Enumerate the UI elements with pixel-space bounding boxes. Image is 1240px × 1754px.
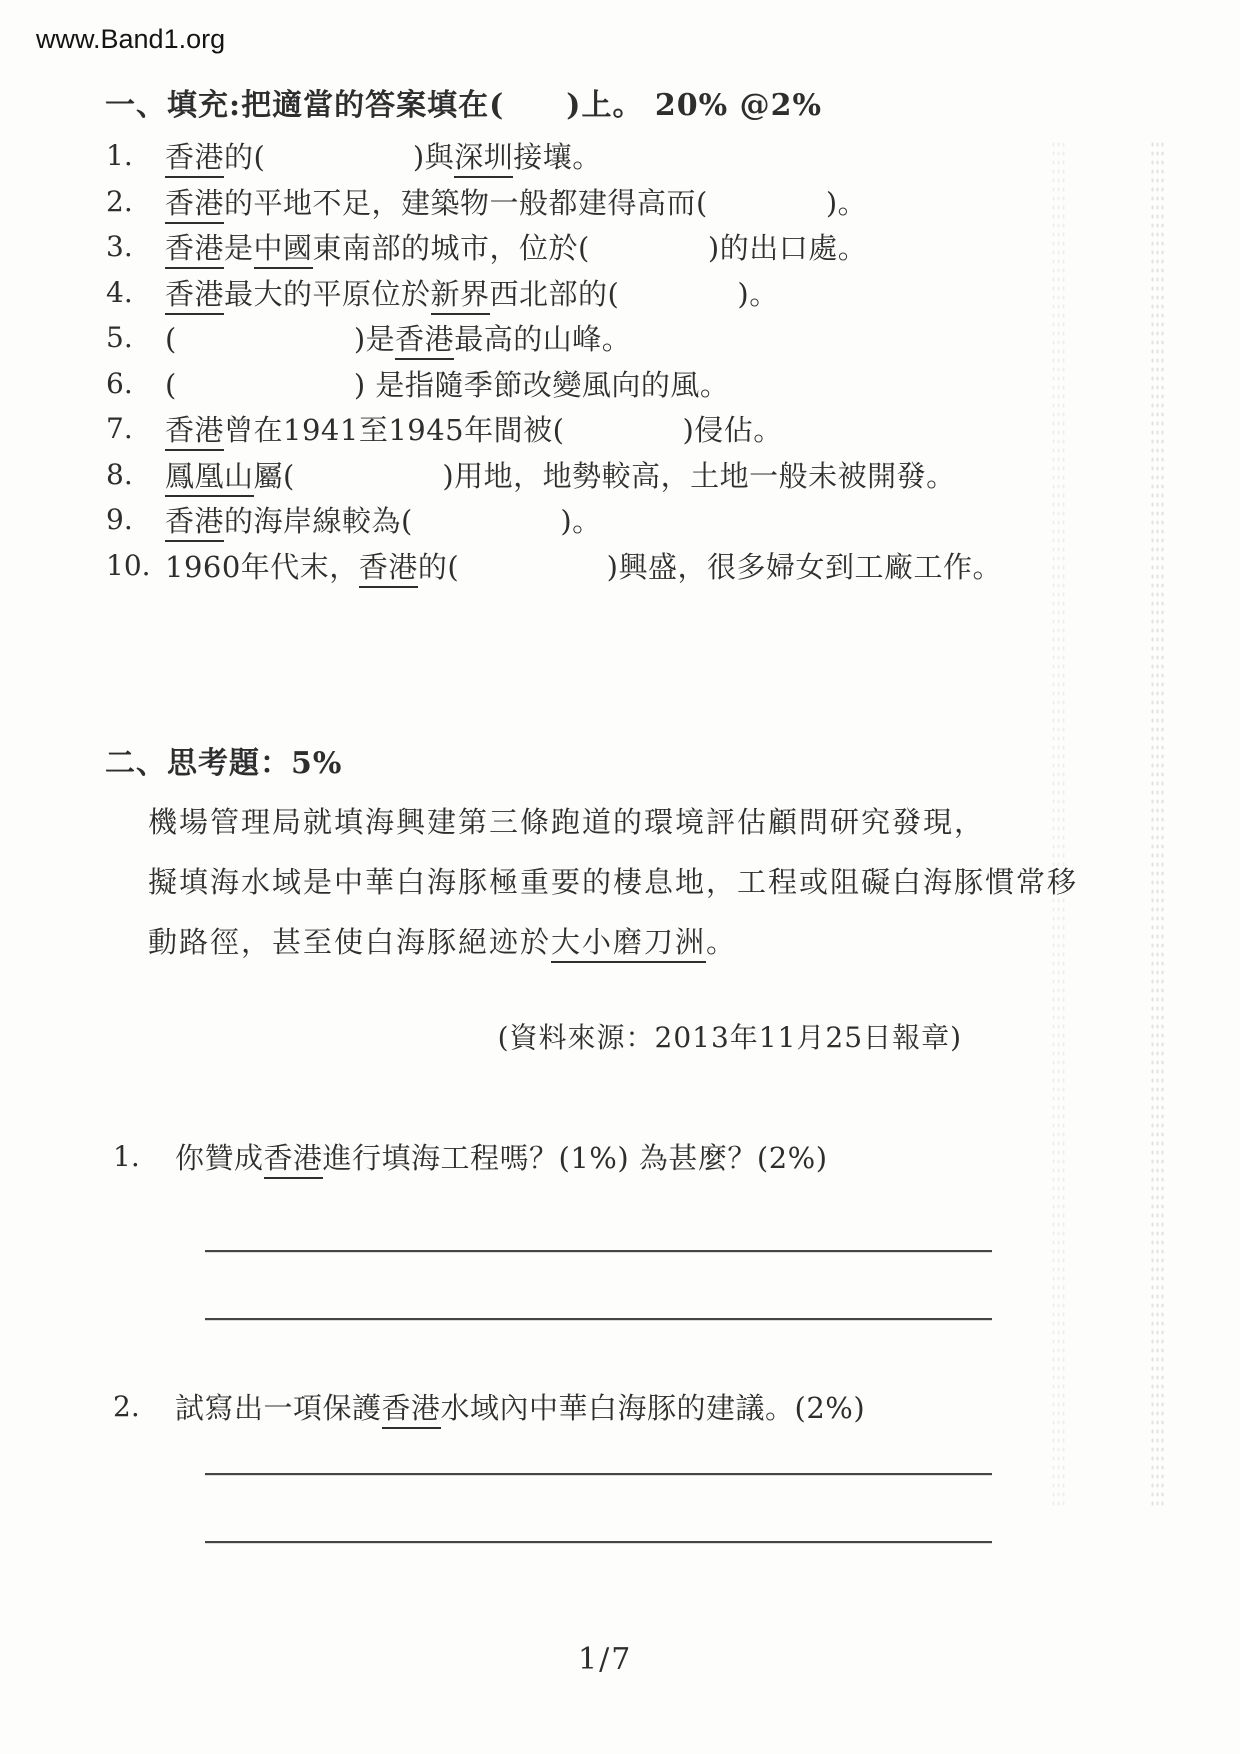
page-number: 1/7: [578, 1642, 632, 1677]
answer-line: [205, 1473, 992, 1475]
question-text: 你贊成香港進行填海工程嗎？(1%) 為甚麼？(2%): [175, 1136, 828, 1177]
text-segment: [177, 368, 354, 402]
underlined-proper-noun: 香港: [165, 231, 224, 269]
question-number: 4.: [106, 276, 166, 309]
fill-in-questions-list: 1. 香港的( )與深圳接壤。 2. 香港的平地不足，建築物一般都建得高而( )…: [0, 135, 1240, 590]
question-number: 2.: [106, 185, 166, 218]
underlined-proper-noun: 中國: [254, 231, 313, 269]
question-row: 7. 香港曾在1941至1945年間被( )侵佔。: [0, 408, 1240, 454]
question-text: 1960年代末，香港的( )興盛，很多婦女到工廠工作。: [165, 545, 1002, 586]
text-segment: 西北部的(: [490, 277, 620, 311]
question-text: 鳳凰山屬( )用地，地勢較高，土地一般未被開發。: [165, 454, 956, 495]
answer-line: [205, 1250, 992, 1252]
question-text: ( ) 是指隨季節改變風向的風。: [165, 363, 729, 404]
question-row: 10. 1960年代末，香港的( )興盛，很多婦女到工廠工作。: [0, 545, 1240, 591]
text-segment: [177, 322, 354, 356]
underlined-proper-noun: 香港: [165, 186, 224, 224]
text-segment: 進行填海工程嗎？(1%) 為甚麼？(2%): [323, 1141, 828, 1175]
text-segment: 試寫出一項保護: [175, 1391, 382, 1425]
passage-line: 擬填海水域是中華白海豚極重要的棲息地，工程或阻礙白海豚慣常移: [148, 860, 1128, 920]
underlined-proper-noun: 香港: [165, 277, 224, 315]
text-segment: [413, 504, 561, 538]
text-segment: )。: [560, 504, 601, 538]
text-segment: 東南部的城市，位於(: [313, 231, 590, 265]
question-number: 2.: [113, 1390, 173, 1423]
text-segment: 1960年代末，: [165, 550, 359, 584]
answer-line: [205, 1541, 992, 1543]
text-segment: 最大的平原位於: [224, 277, 431, 311]
passage-line: 動路徑，甚至使白海豚絕迹於大小磨刀洲。: [148, 920, 1128, 980]
text-segment: (: [165, 368, 177, 402]
question-number: 8.: [106, 458, 166, 491]
underlined-proper-noun: 香港: [165, 504, 224, 542]
passage-line: 機場管理局就填海興建第三條跑道的環境評估顧問研究發現，: [148, 800, 1128, 860]
text-segment: 的海岸線較為(: [224, 504, 413, 538]
question-number: 5.: [106, 321, 166, 354]
question-text: 試寫出一項保護香港水域內中華白海豚的建議。(2%): [175, 1386, 865, 1427]
text-segment: [265, 140, 413, 174]
text-segment: 的(: [224, 140, 265, 174]
question-number: 3.: [106, 230, 166, 263]
text-segment: ) 是指隨季節改變風向的風。: [354, 368, 730, 402]
underlined-proper-noun: 深圳: [454, 140, 513, 178]
text-segment: )是: [354, 322, 395, 356]
text-segment: 動路徑，甚至使白海豚絕迹於: [148, 925, 551, 959]
text-segment: 擬填海水域是中華白海豚極重要的棲息地，工程或阻礙白海豚慣常移: [148, 865, 1078, 899]
text-segment: 的平地不足，建築物一般都建得高而(: [224, 186, 708, 220]
underlined-proper-noun: 香港: [264, 1141, 323, 1179]
thinking-question-1: 1. 你贊成香港進行填海工程嗎？(1%) 為甚麼？(2%): [0, 1136, 1240, 1181]
underlined-proper-noun: 大小磨刀洲: [551, 925, 706, 963]
scanned-worksheet-page: www.Band1.org 一、填充:把適當的答案填在( )上。 20% @2%…: [0, 0, 1240, 1754]
underlined-proper-noun: 香港: [165, 413, 224, 451]
site-watermark: www.Band1.org: [36, 24, 225, 55]
question-number: 10.: [106, 549, 166, 582]
text-segment: 的(: [418, 550, 459, 584]
question-row: 3. 香港是中國東南部的城市，位於( )的出口處。: [0, 226, 1240, 272]
text-segment: 曾在1941至1945年間被(: [224, 413, 564, 447]
reading-passage: 機場管理局就填海興建第三條跑道的環境評估顧問研究發現， 擬填海水域是中華白海豚極…: [148, 800, 1128, 980]
question-number: 6.: [106, 367, 166, 400]
text-segment: 水域內中華白海豚的建議。(2%): [441, 1391, 866, 1425]
text-segment: 。: [706, 925, 737, 959]
question-text: 香港的( )與深圳接壤。: [165, 135, 602, 176]
text-segment: 屬(: [254, 459, 295, 493]
text-segment: 機場管理局就填海興建第三條跑道的環境評估顧問研究發現，: [148, 805, 985, 839]
text-segment: )。: [826, 186, 867, 220]
text-segment: (: [165, 322, 177, 356]
question-row: 5. ( )是香港最高的山峰。: [0, 317, 1240, 363]
thinking-question-2: 2. 試寫出一項保護香港水域內中華白海豚的建議。(2%): [0, 1386, 1240, 1431]
text-segment: )興盛，很多婦女到工廠工作。: [607, 550, 1002, 584]
section1-heading: 一、填充:把適當的答案填在( )上。 20% @2%: [105, 80, 822, 124]
question-row: 1. 香港的( )與深圳接壤。: [0, 135, 1240, 181]
source-citation: (資料來源：2013年11月25日報章): [498, 1016, 962, 1056]
question-text: ( )是香港最高的山峰。: [165, 317, 631, 358]
text-segment: )用地，地勢較高，土地一般未被開發。: [442, 459, 955, 493]
text-segment: )與: [413, 140, 454, 174]
question-row: 8. 鳳凰山屬( )用地，地勢較高，土地一般未被開發。: [0, 454, 1240, 500]
question-row: 4. 香港最大的平原位於新界西北部的( )。: [0, 272, 1240, 318]
text-segment: 最高的山峰。: [454, 322, 631, 356]
question-text: 香港曾在1941至1945年間被( )侵佔。: [165, 408, 783, 449]
text-segment: 是: [224, 231, 254, 265]
question-row: 6. ( ) 是指隨季節改變風向的風。: [0, 363, 1240, 409]
question-text: 香港的平地不足，建築物一般都建得高而( )。: [165, 181, 867, 222]
underlined-proper-noun: 新界: [431, 277, 490, 315]
text-segment: )的出口處。: [708, 231, 867, 265]
question-text: 香港的海岸線較為( )。: [165, 499, 602, 540]
text-segment: [295, 459, 443, 493]
text-segment: [708, 186, 826, 220]
underlined-proper-noun: 香港: [165, 140, 224, 178]
question-number: 9.: [106, 503, 166, 536]
text-segment: [619, 277, 737, 311]
question-number: 1.: [106, 139, 166, 172]
text-segment: 接壤。: [513, 140, 602, 174]
question-row: 2. 香港的平地不足，建築物一般都建得高而( )。: [0, 181, 1240, 227]
question-text: 香港是中國東南部的城市，位於( )的出口處。: [165, 226, 867, 267]
question-number: 7.: [106, 412, 166, 445]
section2-heading: 二、思考題：5%: [105, 738, 342, 782]
underlined-proper-noun: 香港: [359, 550, 418, 588]
question-number: 1.: [113, 1140, 173, 1173]
text-segment: 你贊成: [175, 1141, 264, 1175]
text-segment: [590, 231, 708, 265]
underlined-proper-noun: 香港: [395, 322, 454, 360]
text-segment: )。: [737, 277, 778, 311]
text-segment: )侵佔。: [682, 413, 782, 447]
underlined-proper-noun: 鳳凰山: [165, 459, 254, 497]
question-row: 9. 香港的海岸線較為( )。: [0, 499, 1240, 545]
underlined-proper-noun: 香港: [382, 1391, 441, 1429]
question-text: 香港最大的平原位於新界西北部的( )。: [165, 272, 779, 313]
answer-line: [205, 1318, 992, 1320]
text-segment: [564, 413, 682, 447]
text-segment: [459, 550, 607, 584]
